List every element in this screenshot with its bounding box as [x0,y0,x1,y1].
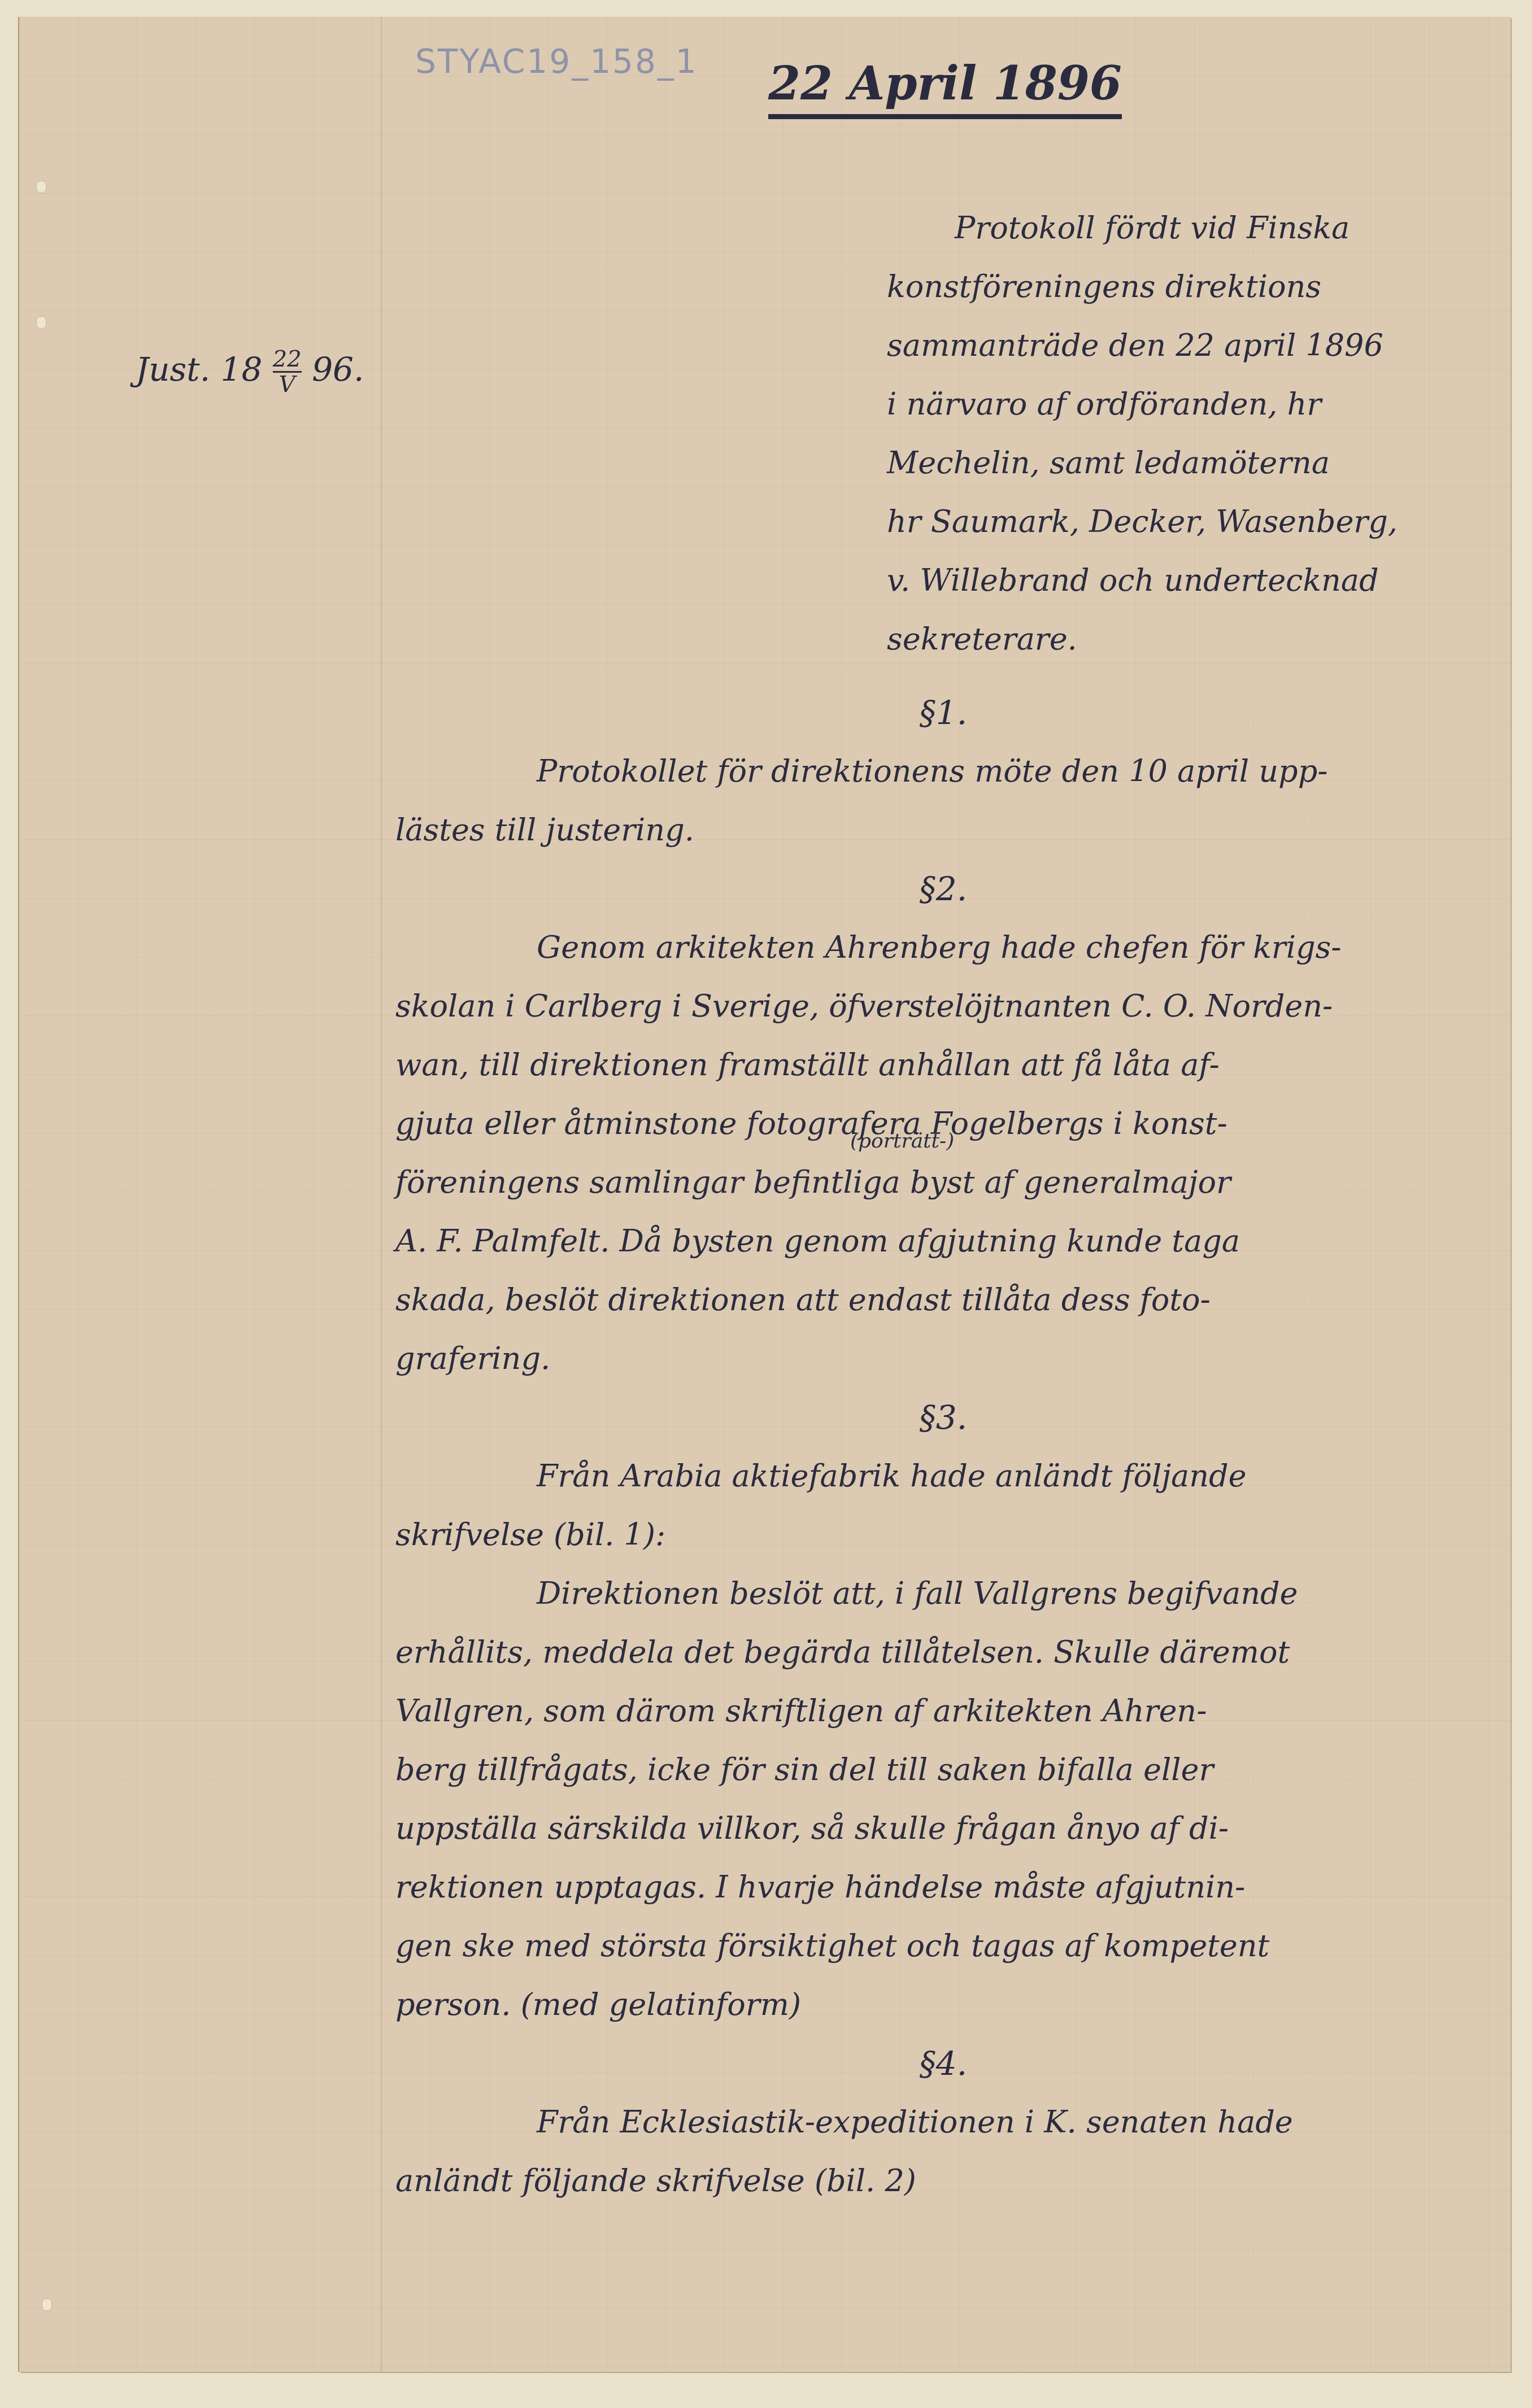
paragraph-line: berg tillfrågats, icke för sin del till … [395,1740,1491,1799]
interlinear-insertion: (porträtt-) [850,1129,954,1153]
paragraph-line: Från Ecklesiastik-expeditionen i K. sena… [395,2093,1491,2152]
intro-line: Mechelin, samt ledamöterna [887,434,1486,492]
paragraph-line: erhållits, meddela det begärda tillåtels… [395,1623,1491,1682]
section-mark-1: §1. [395,683,1491,742]
paragraph-line: gen ske med största försiktighet och tag… [395,1917,1491,1975]
paragraph-line: grafering. [395,1329,1491,1388]
justification-margin-note: Just. 18 22 V 96. [136,347,364,396]
margin-rule [381,17,382,2372]
paragraph-line: rektionen upptagas. I hvarje händelse må… [395,1858,1491,1917]
fraction-month: V [279,373,295,396]
intro-line: i närvaro af ordföranden, hr [887,375,1486,434]
date-fraction: 22 V [273,347,302,396]
paragraph-line: uppställa särskilda villkor, så skulle f… [395,1799,1491,1858]
archive-reference-id: STYAC19_158_1 [415,42,698,81]
punch-hole [42,2298,52,2311]
paragraph-line: Direktionen beslöt att, i fall Vallgrens… [395,1564,1491,1623]
paragraph-line-with-insert: föreningens samlingar befintliga byst af… [395,1153,1491,1212]
intro-line: sekreterare. [887,610,1486,669]
margin-note-prefix: Just. 18 [136,350,262,389]
intro-line: v. Willebrand och undertecknad [887,551,1486,610]
paragraph-line: lästes till justering. [395,801,1491,860]
intro-line: Protokoll fördt vid Finska [887,199,1486,258]
paragraph-line: Protokollet för direktionens möte den 10… [395,742,1491,801]
paragraph-line: wan, till direktionen framställt anhålla… [395,1036,1491,1094]
punch-hole [36,181,46,193]
paragraph-line: skolan i Carlberg i Sverige, öfverstelöj… [395,977,1491,1036]
date-heading: 22 April 1896 [768,56,1122,119]
paragraph-line: Vallgren, som därom skriftligen af arkit… [395,1682,1491,1740]
protocol-body: §1. Protokollet för direktionens möte de… [395,683,1491,2210]
section-mark-3: §3. [395,1388,1491,1447]
protocol-intro: Protokoll fördt vid Finska konstförening… [887,199,1486,669]
section-mark-4: §4. [395,2034,1491,2093]
paragraph-line: anländt följande skrifvelse (bil. 2) [395,2152,1491,2210]
paragraph-line: skada, beslöt direktionen att endast til… [395,1271,1491,1329]
intro-line: hr Saumark, Decker, Wasenberg, [887,492,1486,551]
fraction-day: 22 [273,347,302,373]
punch-hole [36,316,46,329]
intro-line: sammanträde den 22 april 1896 [887,316,1486,375]
paragraph-line: person. (med gelatinform) [395,1975,1491,2034]
paragraph-text: föreningens samlingar befintliga byst af… [395,1164,1231,1200]
paragraph-line: Från Arabia aktiefabrik hade anländt föl… [395,1447,1491,1506]
margin-note-suffix: 96. [312,350,364,389]
section-mark-2: §2. [395,860,1491,918]
paragraph-line: skrifvelse (bil. 1): [395,1506,1491,1564]
paragraph-line: A. F. Palmfelt. Då bysten genom afgjutni… [395,1212,1491,1271]
intro-line: konstföreningens direktions [887,258,1486,316]
paragraph-line: Genom arkitekten Ahrenberg hade chefen f… [395,918,1491,977]
